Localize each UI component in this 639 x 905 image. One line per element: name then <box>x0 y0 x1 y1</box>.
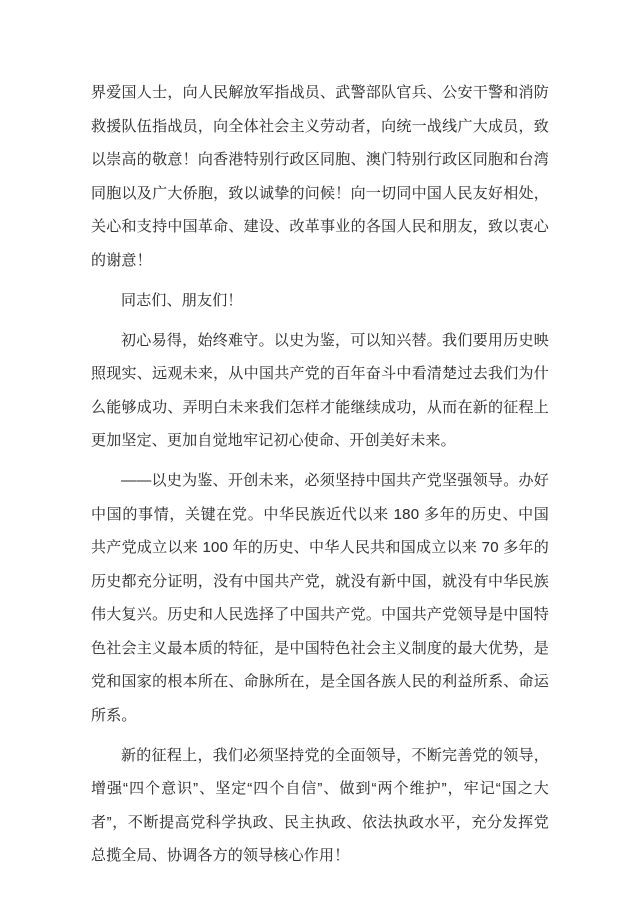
paragraph-salutation: 同志们、朋友们！ <box>91 284 549 318</box>
document-text-block: 界爱国人士，向人民解放军指战员、武警部队官兵、公安干警和消防救援队伍指战员，向全… <box>0 0 639 873</box>
paragraph-continuation: 界爱国人士，向人民解放军指战员、武警部队官兵、公安干警和消防救援队伍指战员，向全… <box>91 76 549 277</box>
paragraph-history-mirror: 初心易得，始终难守。以史为鉴，可以知兴替。我们要用历史映照现实、远观未来，从中国… <box>91 324 549 458</box>
document-page: 界爱国人士，向人民解放军指战员、武警部队官兵、公安干警和消防救援队伍指战员，向全… <box>0 0 639 905</box>
paragraph-new-journey: 新的征程上，我们必须坚持党的全面领导，不断完善党的领导，增强“四个意识”、坚定“… <box>91 739 549 873</box>
paragraph-party-leadership: ——以史为鉴、开创未来，必须坚持中国共产党坚强领导。办好中国的事情，关键在党。中… <box>91 464 549 732</box>
